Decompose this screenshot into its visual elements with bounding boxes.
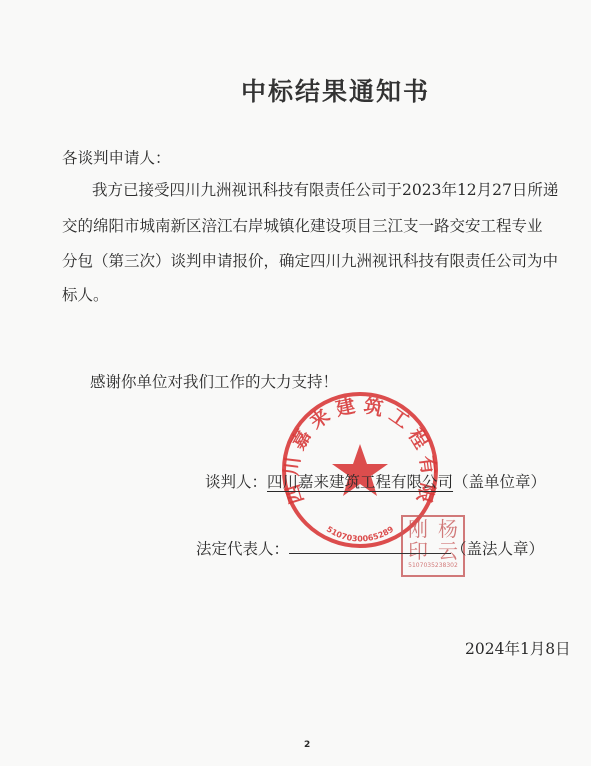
personal-seal-code: 5107035238302 xyxy=(403,562,463,569)
signature-line xyxy=(289,539,451,554)
negotiator-row: 谈判人：四川嘉来建筑工程有限公司（盖单位章） xyxy=(205,470,546,492)
document-date: 2024年1月8日 xyxy=(465,637,571,659)
page-title: 中标结果通知书 xyxy=(0,72,591,108)
body-line-4: 标人。 xyxy=(62,280,109,310)
legal-rep-row: 法定代表人：（盖法人章） xyxy=(196,537,544,559)
body-line-2: 交的绵阳市城南新区涪江右岸城镇化建设项目三江支一路交安工程专业 xyxy=(62,211,543,241)
legal-rep-note: （盖法人章） xyxy=(451,540,544,558)
body-line-3: 分包（第三次）谈判申请报价，确定四川九洲视讯科技有限责任公司为中 xyxy=(62,246,558,276)
body-line-1: 我方已接受四川九洲视讯科技有限责任公司于2023年12月27日所递 xyxy=(92,175,558,205)
negotiator-label: 谈判人： xyxy=(205,473,267,491)
salutation: 各谈判申请人： xyxy=(62,143,171,173)
page-number: 2 xyxy=(304,740,310,750)
legal-rep-label: 法定代表人： xyxy=(196,540,289,558)
negotiator-note: （盖单位章） xyxy=(453,473,546,491)
negotiator-name: 四川嘉来建筑工程有限公司 xyxy=(267,473,453,491)
